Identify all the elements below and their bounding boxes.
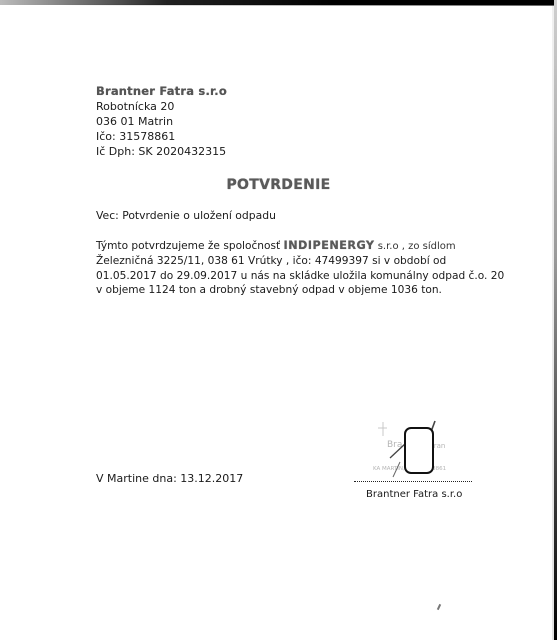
scan-edge-right-shadow [552, 6, 554, 640]
letterhead-company-name: Brantner Fatra s.r.o [96, 84, 227, 98]
letterhead-street: Robotnícka 20 [96, 100, 174, 113]
letterhead-city: 036 01 Matrin [96, 115, 173, 128]
body-rest: Železničná 3225/11, 038 61 Vrútky , ičo:… [96, 255, 504, 296]
body-company-suffix: s.r.o , zo sídlom [375, 241, 456, 252]
document-body: Týmto potvrdzujeme že spoločnosť INDIPEN… [96, 239, 506, 298]
signature-company-name: Brantner Fatra s.r.o [366, 489, 462, 500]
letterhead-vat-id: Ič Dph: SK 2020432315 [96, 145, 226, 158]
scan-speck [437, 604, 441, 610]
redaction-box [404, 427, 434, 474]
document-title: POTVRDENIE [0, 177, 557, 193]
body-company-name: INDIPENERGY [284, 239, 375, 252]
body-intro: Týmto potvrdzujeme že spoločnosť [96, 240, 284, 252]
letterhead-ico: Ičo: 31578861 [96, 130, 175, 143]
scan-edge-top-shadow [60, 4, 557, 6]
signature-line [354, 481, 472, 482]
document-subject: Vec: Potvrdenie o uložení odpadu [96, 209, 276, 222]
date-line: V Martine dna: 13.12.2017 [96, 472, 243, 485]
